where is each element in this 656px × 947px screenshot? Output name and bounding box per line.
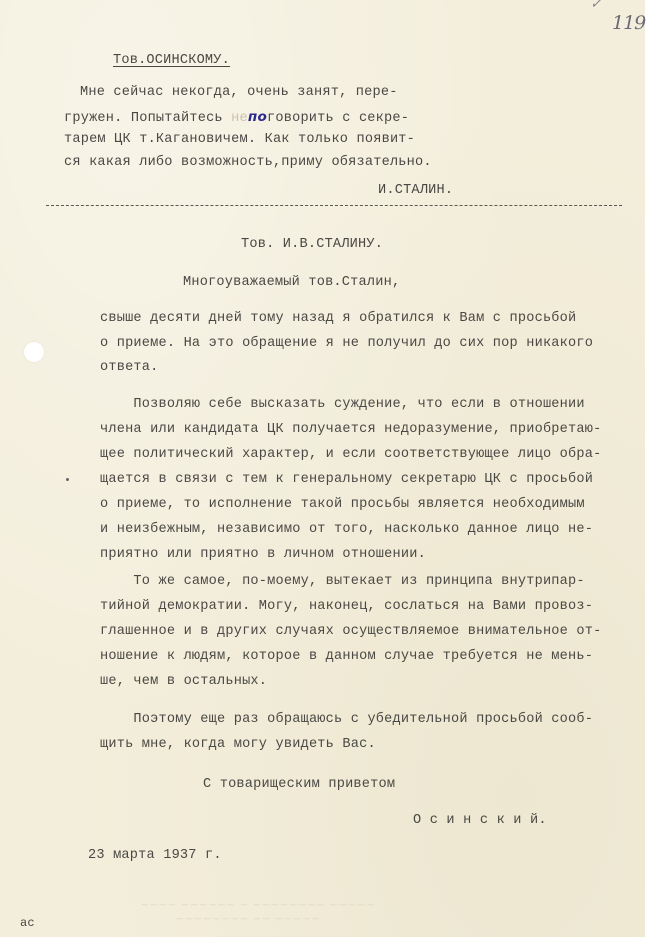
letter-date: 23 марта 1937 г. (88, 848, 222, 864)
document-page: ✓ 119 Тов.ОСИНСКОМУ. Мне сейчас некогда,… (0, 0, 645, 937)
handwritten-correction: по (248, 109, 267, 125)
letter-line: ношение к людям, которое в данном случае… (100, 649, 593, 665)
letter-closing: С товарищеским приветом (203, 777, 395, 793)
letter-line: о приеме, то исполнение такой просьбы яв… (100, 497, 585, 513)
resolution-line-2-start: гружен. Попытайтесь (64, 111, 231, 126)
letter-line: То же самое, по-моему, вытекает из принц… (100, 574, 585, 590)
struck-prefix: не (231, 111, 248, 126)
folio-number: 119 (612, 12, 645, 34)
letter-line: и неизбежным, независимо от того, наскол… (100, 522, 593, 538)
letter-line: ше, чем в остальных. (100, 674, 267, 690)
typist-mark: ас (20, 915, 35, 931)
letter-signature: О с и н с к и й. (413, 813, 547, 829)
bleed-through-text: ~~~~ ~~~~~~ ~ ~~~~~~~~ ~~~~~ (140, 898, 375, 911)
resolution-signature: И.СТАЛИН. (378, 183, 453, 199)
letter-line: щее политический характер, и если соотве… (100, 447, 601, 463)
resolution-line-1: Мне сейчас некогда, очень занят, пере- (80, 85, 398, 101)
letter-line: свыше десяти дней тому назад я обратился… (100, 311, 576, 327)
punch-hole (24, 342, 44, 362)
check-mark: ✓ (590, 0, 602, 12)
letter-line: о приеме. На это обращение я не получил … (100, 336, 593, 352)
letter-salutation: Многоуважаемый тов.Сталин, (183, 275, 400, 291)
resolution-line-2: гружен. Попытайтесь непоговорить с секре… (64, 109, 409, 127)
ink-speck (66, 478, 69, 481)
resolution-line-2-end: говорить с секре- (267, 111, 409, 126)
resolution-line-4: ся какая либо возможность,приму обязател… (64, 155, 432, 171)
bleed-through-text: ~~~~~~~~ ~~ ~~~~~ (175, 912, 320, 925)
resolution-line-3: тарем ЦК т.Кагановичем. Как только появи… (64, 132, 415, 148)
resolution-addressee: Тов.ОСИНСКОМУ. (113, 53, 230, 69)
letter-line: щить мне, когда могу увидеть Вас. (100, 737, 376, 753)
divider-line (46, 205, 622, 206)
letter-line: Поэтому еще раз обращаюсь с убедительной… (100, 712, 593, 728)
letter-line: ответа. (100, 360, 159, 376)
letter-line: глашенное и в других случаях осуществляе… (100, 624, 601, 640)
letter-line: щается в связи с тем к генеральному секр… (100, 472, 593, 488)
letter-line: тийной демократии. Могу, наконец, сослат… (100, 599, 593, 615)
letter-line: члена или кандидата ЦК получается недора… (100, 422, 601, 438)
letter-line: Позволяю себе высказать суждение, что ес… (100, 397, 585, 413)
letter-addressee: Тов. И.В.СТАЛИНУ. (241, 237, 383, 253)
letter-line: приятно или приятно в личном отношении. (100, 547, 426, 563)
